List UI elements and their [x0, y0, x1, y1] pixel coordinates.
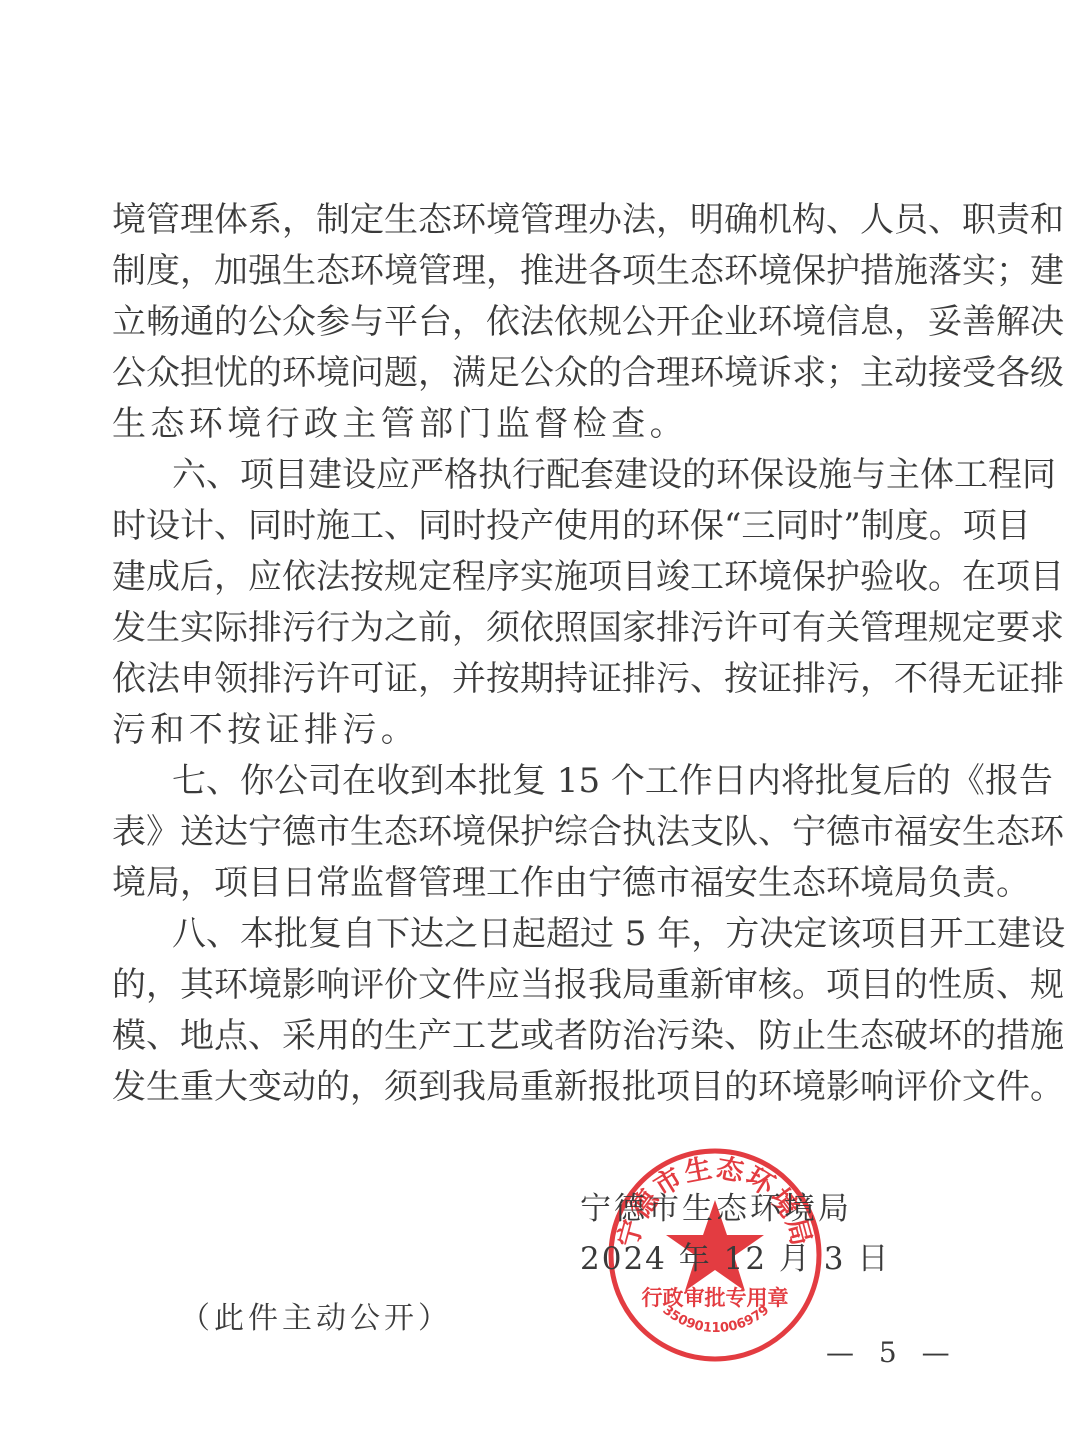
text-line: 建成后，应依法按规定程序实施项目竣工环境保护验收。在项目 — [112, 555, 912, 599]
document-page: 境管理体系，制定生态环境管理办法，明确机构、人员、职责和 制度，加强生态环境管理… — [0, 0, 1080, 1429]
text-line: 公众担忧的环境问题，满足公众的合理环境诉求；主动接受各级 — [112, 351, 912, 395]
text-line: 污和不按证排污。 — [112, 708, 912, 752]
text-line: 立畅通的公众参与平台，依法依规公开企业环境信息，妥善解决 — [112, 300, 912, 344]
text-line: 生态环境行政主管部门监督检查。 — [112, 402, 912, 446]
text-line: 表》送达宁德市生态环境保护综合执法支队、宁德市福安生态环 — [112, 810, 912, 854]
text-line: 模、地点、采用的生产工艺或者防治污染、防止生态破坏的措施 — [112, 1014, 912, 1058]
text-line: 依法申领排污许可证，并按期持证排污、按证排污，不得无证排 — [112, 657, 912, 701]
text-line: 发生重大变动的，须到我局重新报批项目的环境影响评价文件。 — [112, 1065, 912, 1109]
text-line: 八、本批复自下达之日起超过 5 年，方决定该项目开工建设 — [172, 912, 912, 956]
issue-date: 2024 年 12 月 3 日 — [580, 1233, 890, 1278]
page-number: — 5 — — [826, 1336, 958, 1369]
text-line: 的，其环境影响评价文件应当报我局重新审核。项目的性质、规 — [112, 963, 912, 1007]
text-line: 七、你公司在收到本批复 15 个工作日内将批复后的《报告 — [172, 759, 912, 803]
text-line: 制度，加强生态环境管理，推进各项生态环境保护措施落实；建 — [112, 249, 912, 293]
text-line: 境管理体系，制定生态环境管理办法，明确机构、人员、职责和 — [112, 198, 912, 242]
text-line: 时设计、同时施工、同时投产使用的环保“三同时”制度。项目 — [112, 504, 912, 548]
issuer-name: 宁德市生态环境局 — [580, 1183, 852, 1228]
disclosure-note: （此件主动公开） — [180, 1293, 452, 1337]
seal-bottom-text: 行政审批专用章 — [642, 1286, 789, 1310]
text-line: 发生实际排污行为之前，须依照国家排污许可有关管理规定要求 — [112, 606, 912, 650]
text-line: 六、项目建设应严格执行配套建设的环保设施与主体工程同 — [172, 453, 912, 497]
text-line: 境局，项目日常监督管理工作由宁德市福安生态环境局负责。 — [112, 861, 912, 905]
